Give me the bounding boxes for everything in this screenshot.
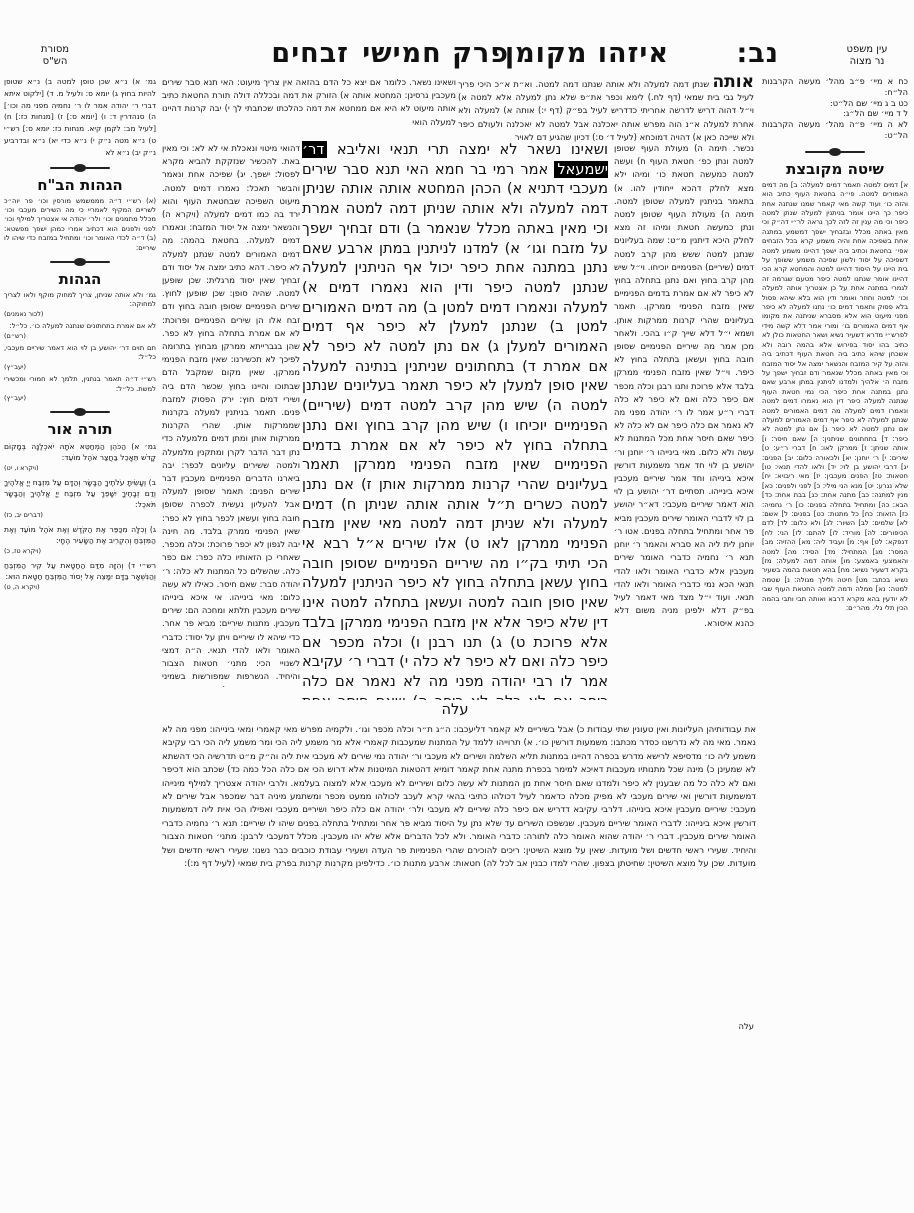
ein-mishpat-label-line1: עין משפט [832,44,902,56]
torah-or-entry: ג) וְכִלָּה מִכַּפֵּר אֶת הַקֹּדֶשׁ וְאֶ… [4,524,156,557]
torah-or-source: (ויקרא ה, ט) [4,582,156,593]
ornament-divider [4,257,156,267]
torah-or-entry: גמ׳ א) הַכֹּהֵן הַמְחַטֵּא אֹתָהּ יֹאכְל… [4,441,156,474]
mesoret-hashas-text: גמ׳ א) נ״א שכן טופן למטה ב) נ״א שטופן לה… [4,76,156,159]
hagahot-entry: רש״י ד״ה תאמר בנתנין, תלמך לא חמורי ומכש… [4,375,156,403]
hagahot-entry-source: (רש״ם) [4,332,156,341]
torah-or-verse: ג) וְכִלָּה מִכַּפֵּר אֶת הַקֹּדֶשׁ וְאֶ… [4,524,156,546]
mesoret-label-line2: הש"ס [20,56,90,68]
tosafot-top: אותה שנתן דמה למעלה ולא אותה שנתנו דמה ל… [458,76,754,142]
rashi-top-text: ושאינו נשאר. כלומר אם יצא כל הדם בהזאה א… [162,77,456,127]
hagahot-entry-text: תם תוים דר׳ יהושע בן לוי הוא דאמר שיריים… [4,344,156,363]
catchword: עלה [694,1020,754,1033]
torah-or-verse: רש״י ד) וְהִזָּה מִדַּם הַחַטָּאת עַל קִ… [4,560,156,582]
hagahot-entry: תם תוים דר׳ יהושע בן לוי הוא דאמר שיריים… [4,344,156,372]
chapter-name: איזהו מקומן [505,38,669,69]
rashi-column-text: דהואי מיטוי ונאכלת אי לא לא: וכי מאין בא… [162,143,300,687]
hagahot-entry-source: (יעב״ץ) [4,394,156,403]
hagahot-entry-text: רש״י ד״ה תאמר בנתנין, תלמך לא חמורי ומכש… [4,375,156,394]
gemara-text: ושאינו נשאר לא ימצה תרי תנאי ואליבא דר׳ … [302,140,608,700]
hagahot-entry-source: (לכור נאמנים) [4,310,156,319]
torah-or-entry: ב) וְעָשִׂיתָ עֹלֹתֶיךָ הַבָּשָׂר וְהַדָ… [4,477,156,521]
tosafot-top-text: שנתן דמה למעלה ולא אותה שנתנו דמה למטה. … [458,79,754,142]
gemara-line: ושאינו נשאר לא ימצה תרי תנאי ואליבא [337,141,608,158]
ornament-divider [4,407,156,417]
rashi-top: ושאינו נשאר. כלומר אם יצא כל הדם בהזאה א… [162,76,456,142]
shita-mekubetzet-text: א] דמים למטה תאמר דמים למעלה: ב] מה דמים… [762,181,908,1041]
hagahot-entry: לא אם אמרת בתחתונים שנתנה למעלה כו׳. כל״… [4,322,156,341]
left-margin-column: גמ׳ א) נ״א שכן טופן למטה ב) נ״א שטופן לה… [4,76,156,596]
ein-mishpat-entry: לא ה מיי׳ פ״ה מהל׳ מעשה הקרבנות הל״ט: [762,119,908,141]
hagahot-habach-text: (א) רש״י ד״ה מממשמש מורסין וכו׳ פר יוה״כ… [4,197,156,253]
ein-mishpat-entry: ל ד מיי׳ שם הל״ג: [762,108,908,119]
hagahot-entry-text: לא אם אמרת בתחתונים שנתנה למעלה כו׳. כל״… [4,322,156,331]
bottom-commentary: את עבודותיהן העליונות ואין טעונין שתי עב… [162,724,756,1020]
ein-mishpat-label: עין משפט נר מצוה [832,44,902,68]
ornament-divider [762,147,908,157]
torah-or-source: (ויקרא טז, כ) [4,546,156,557]
ein-mishpat-entry: כט ב ג מיי׳ שם הל״ט: [762,98,908,109]
daf-number: נב: [737,38,780,69]
gemara-line: אמר רמי בר חמא האי תנא סבר [343,161,548,178]
gemara-final-word: עלה [302,700,608,720]
mesoret-label-line1: מסורת [20,44,90,56]
bottom-commentary-text: את עבודותיהן העליונות ואין טעונין שתי עב… [162,725,756,869]
torah-or-verse: גמ׳ א) הַכֹּהֵן הַמְחַטֵּא אֹתָהּ יֹאכְל… [4,441,156,463]
torah-or-title: תורה אור [4,420,156,438]
ein-mishpat-entries: כח א מיי׳ פ״ב מהל׳ מעשה הקרבנות הל״ח: כט… [762,76,908,141]
hagahot-entry: גמ׳ ולא אותה שניתן, צריך למחוק מוקף ולאו… [4,291,156,319]
tosafot-column: נכשר. תימה ה) מעולת העוף שטופן למטה ונתן… [614,142,754,687]
hagahot-entry-text: גמ׳ ולא אותה שניתן, צריך למחוק מוקף ולאו… [4,291,156,310]
gemara-line: תאמר בעליונים שנתנן למטה ה) שיש מהן קרב … [302,377,608,700]
tosafot-column-text: נכשר. תימה ה) מעולת העוף שטופן למטה ונתן… [614,143,754,628]
gemara-last-word: עלה [442,701,469,718]
hagahot-habach-title: הגהות הב"ח [4,176,156,194]
hagahot-entry-source: (יעב״ץ) [4,363,156,372]
torah-or-source: (ויקרא ו, יט) [4,463,156,474]
mesoret-hashas-label: מסורת הש"ס [20,44,90,68]
chapter-number: פרק חמישי [362,38,509,69]
hagahot-entries: גמ׳ ולא אותה שניתן, צריך למחוק מוקף ולאו… [4,291,156,403]
rashi-column: דהואי מיטוי ונאכלת אי לא לא: וכי מאין בא… [162,142,300,687]
ornament-divider [4,163,156,173]
tractate-name: זבחים [271,38,349,69]
gemara-line: שירים מעכבי דתניא א) הכהן המחטא אותה אות… [302,161,608,395]
torah-or-entry: רש״י ד) וְהִזָּה מִדַּם הַחַטָּאת עַל קִ… [4,560,156,593]
shita-mekubetzet-title: שיטה מקובצת [762,160,908,178]
torah-or-verse: ב) וְעָשִׂיתָ עֹלֹתֶיךָ הַבָּשָׂר וְהַדָ… [4,477,156,510]
hagahot-title: הגהות [4,270,156,288]
ein-mishpat-entry: כח א מיי׳ פ״ב מהל׳ מעשה הקרבנות הל״ח: [762,76,908,98]
torah-or-source: (דברים יב, כז) [4,510,156,521]
tosafot-dibbur-hamatchil: אותה [712,76,754,92]
ein-mishpat-label-line2: נר מצוה [832,56,902,68]
right-margin-column: כח א מיי׳ פ״ב מהל׳ מעשה הקרבנות הל״ח: כט… [762,76,908,1041]
torah-or-entries: גמ׳ א) הַכֹּהֵן הַמְחַטֵּא אֹתָהּ יֹאכְל… [4,441,156,593]
